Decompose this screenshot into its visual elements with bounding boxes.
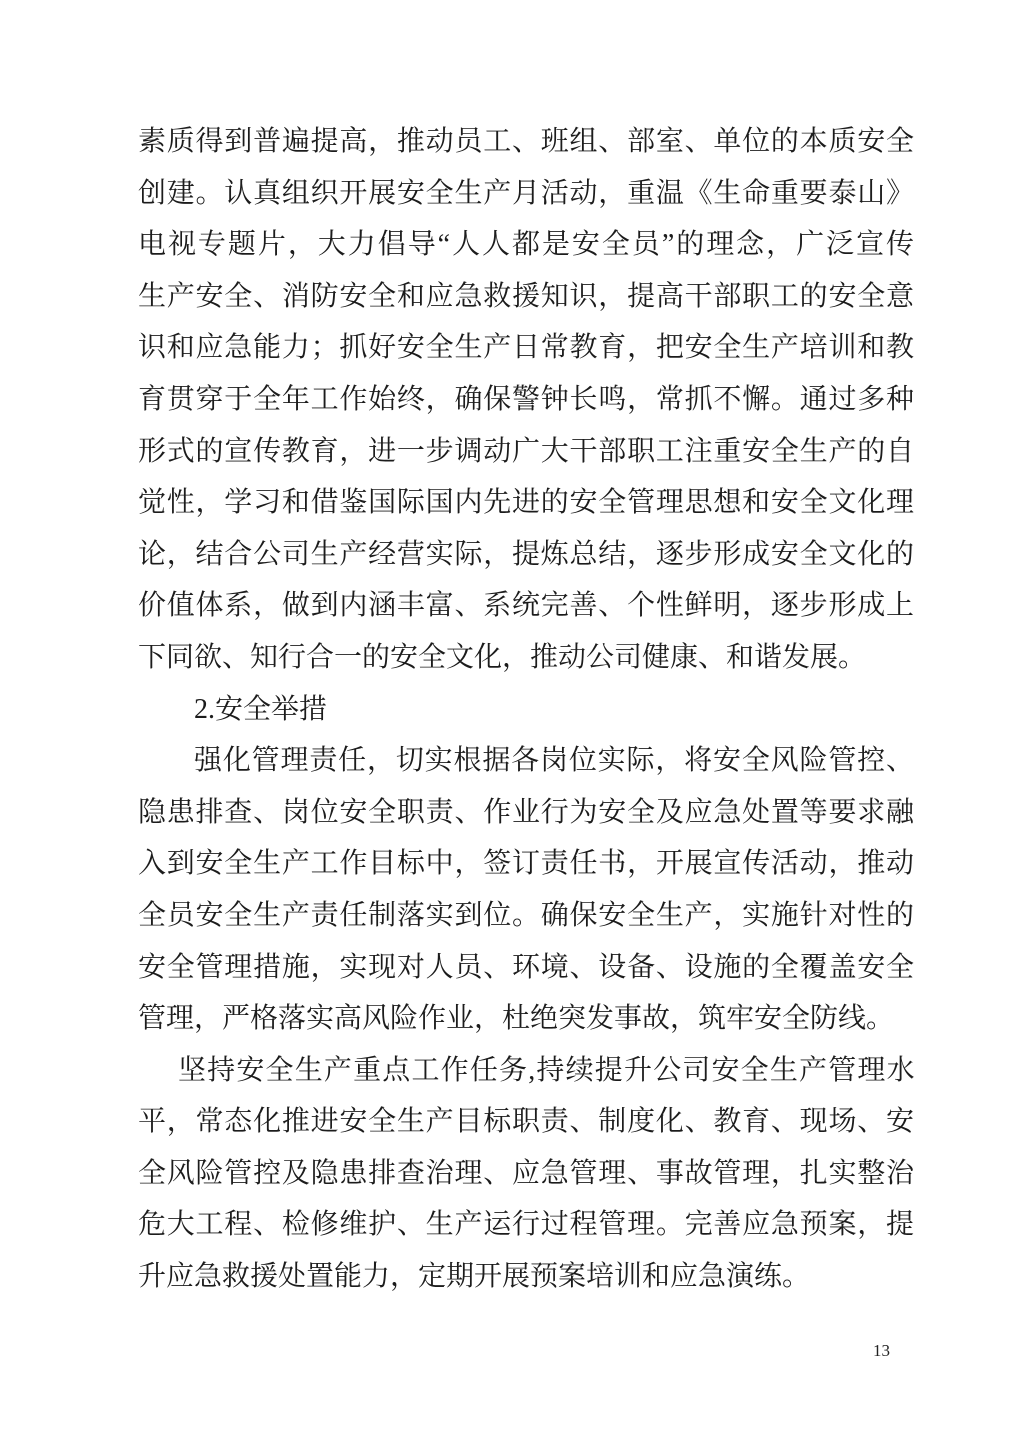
- text-line: 识和应急能力；抓好安全生产日常教育，把安全生产培训和教: [138, 322, 914, 374]
- text-line: 价值体系，做到内涵丰富、系统完善、个性鲜明，逐步形成上: [138, 580, 914, 632]
- text-line: 平，常态化推进安全生产目标职责、制度化、教育、现场、安: [138, 1096, 914, 1148]
- text-line: 形式的宣传教育，进一步调动广大干部职工注重安全生产的自: [138, 426, 914, 478]
- text-line: 入到安全生产工作目标中，签订责任书，开展宣传活动，推动: [138, 838, 914, 890]
- text-line: 安全管理措施，实现对人员、环境、设备、设施的全覆盖安全: [138, 942, 914, 994]
- text-line: 强化管理责任，切实根据各岗位实际，将安全风险管控、: [138, 735, 914, 787]
- text-line: 创建。认真组织开展安全生产月活动，重温《生命重要泰山》: [138, 168, 914, 220]
- text-line: 2.安全举措: [138, 684, 914, 736]
- text-line: 论，结合公司生产经营实际，提炼总结，逐步形成安全文化的: [138, 529, 914, 581]
- text-line: 隐患排查、岗位安全职责、作业行为安全及应急处置等要求融: [138, 787, 914, 839]
- text-line: 素质得到普遍提高，推动员工、班组、部室、单位的本质安全: [138, 116, 914, 168]
- text-line: 育贯穿于全年工作始终，确保警钟长鸣，常抓不懈。通过多种: [138, 374, 914, 426]
- document-page: 素质得到普遍提高，推动员工、班组、部室、单位的本质安全创建。认真组织开展安全生产…: [0, 0, 1024, 1448]
- text-line: 升应急救援处置能力，定期开展预案培训和应急演练。: [138, 1251, 914, 1303]
- text-line: 下同欲、知行合一的安全文化，推动公司健康、和谐发展。: [138, 632, 914, 684]
- text-line: 坚持安全生产重点工作任务,持续提升公司安全生产管理水: [138, 1045, 914, 1097]
- text-line: 全风险管控及隐患排查治理、应急管理、事故管理，扎实整治: [138, 1148, 914, 1200]
- text-line: 全员安全生产责任制落实到位。确保安全生产，实施针对性的: [138, 890, 914, 942]
- text-line: 危大工程、检修维护、生产运行过程管理。完善应急预案，提: [138, 1199, 914, 1251]
- text-line: 觉性，学习和借鉴国际国内先进的安全管理思想和安全文化理: [138, 477, 914, 529]
- text-line: 管理，严格落实高风险作业，杜绝突发事故，筑牢安全防线。: [138, 993, 914, 1045]
- text-line: 生产安全、消防安全和应急救援知识，提高干部职工的安全意: [138, 271, 914, 323]
- text-line: 电视专题片，大力倡导“人人都是安全员”的理念，广泛宣传: [138, 219, 914, 271]
- page-number: 13: [873, 1340, 890, 1362]
- text-body: 素质得到普遍提高，推动员工、班组、部室、单位的本质安全创建。认真组织开展安全生产…: [138, 116, 914, 1303]
